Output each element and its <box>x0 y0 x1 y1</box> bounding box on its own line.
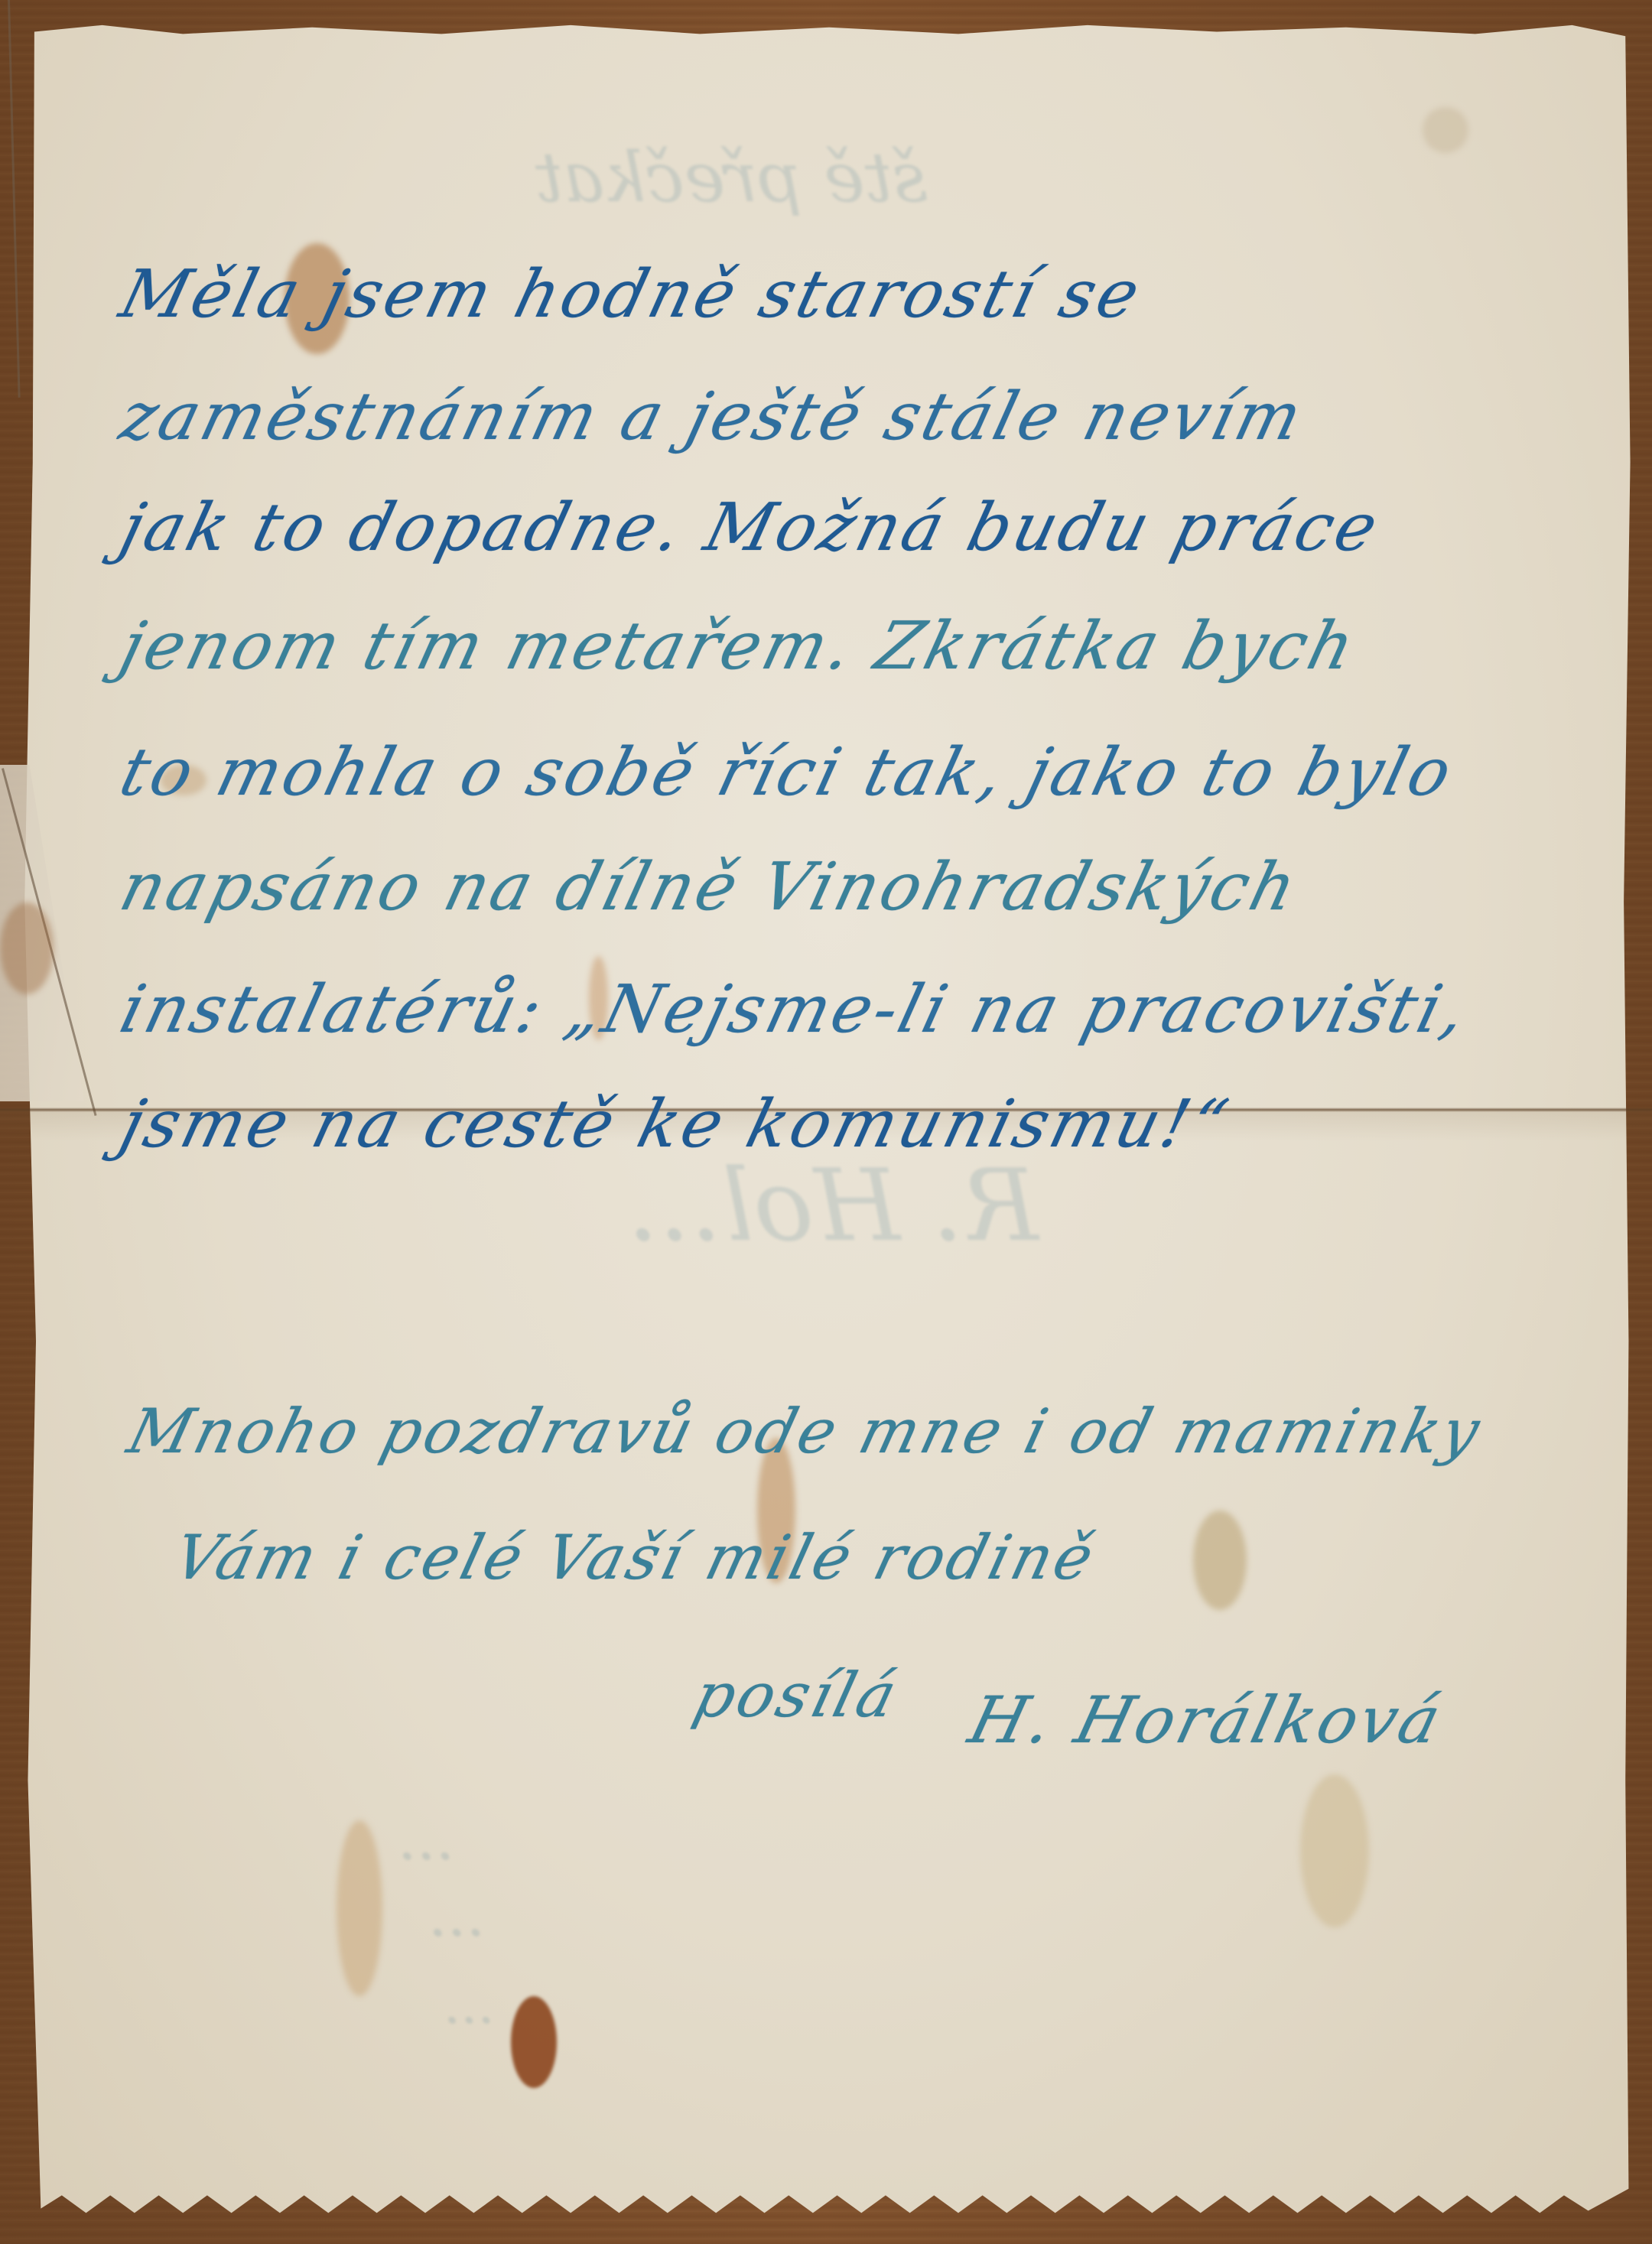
body-line-7: instalatérů: „Nejsme-li na pracovišti, <box>113 971 1477 1048</box>
body-line-2: zaměstnáním a ještě stále nevím <box>113 379 1312 455</box>
body-line-1: Měla jsem hodně starostí se <box>113 256 1150 333</box>
letter-content: Měla jsem hodně starostí se zaměstnáním … <box>0 0 1652 2244</box>
closing-line-2: Vám i celé Vaší milé rodině <box>167 1522 1103 1593</box>
body-line-3: jak to dopadne. Možná budu práce <box>113 489 1388 566</box>
body-line-4: jenom tím metařem. Zkrátka bych <box>113 608 1365 685</box>
body-line-6: napsáno na dílně Vinohradských <box>113 849 1307 925</box>
body-line-8: jsme na cestě ke komunismu!“ <box>113 1086 1238 1163</box>
signature: H. Horálková <box>962 1683 1451 1758</box>
body-line-5: to mohla o sobě říci tak, jako to bylo <box>113 734 1462 811</box>
sign-off: posílá <box>687 1660 906 1731</box>
closing-line-1: Mnoho pozdravů ode mne i od maminky <box>121 1396 1489 1467</box>
